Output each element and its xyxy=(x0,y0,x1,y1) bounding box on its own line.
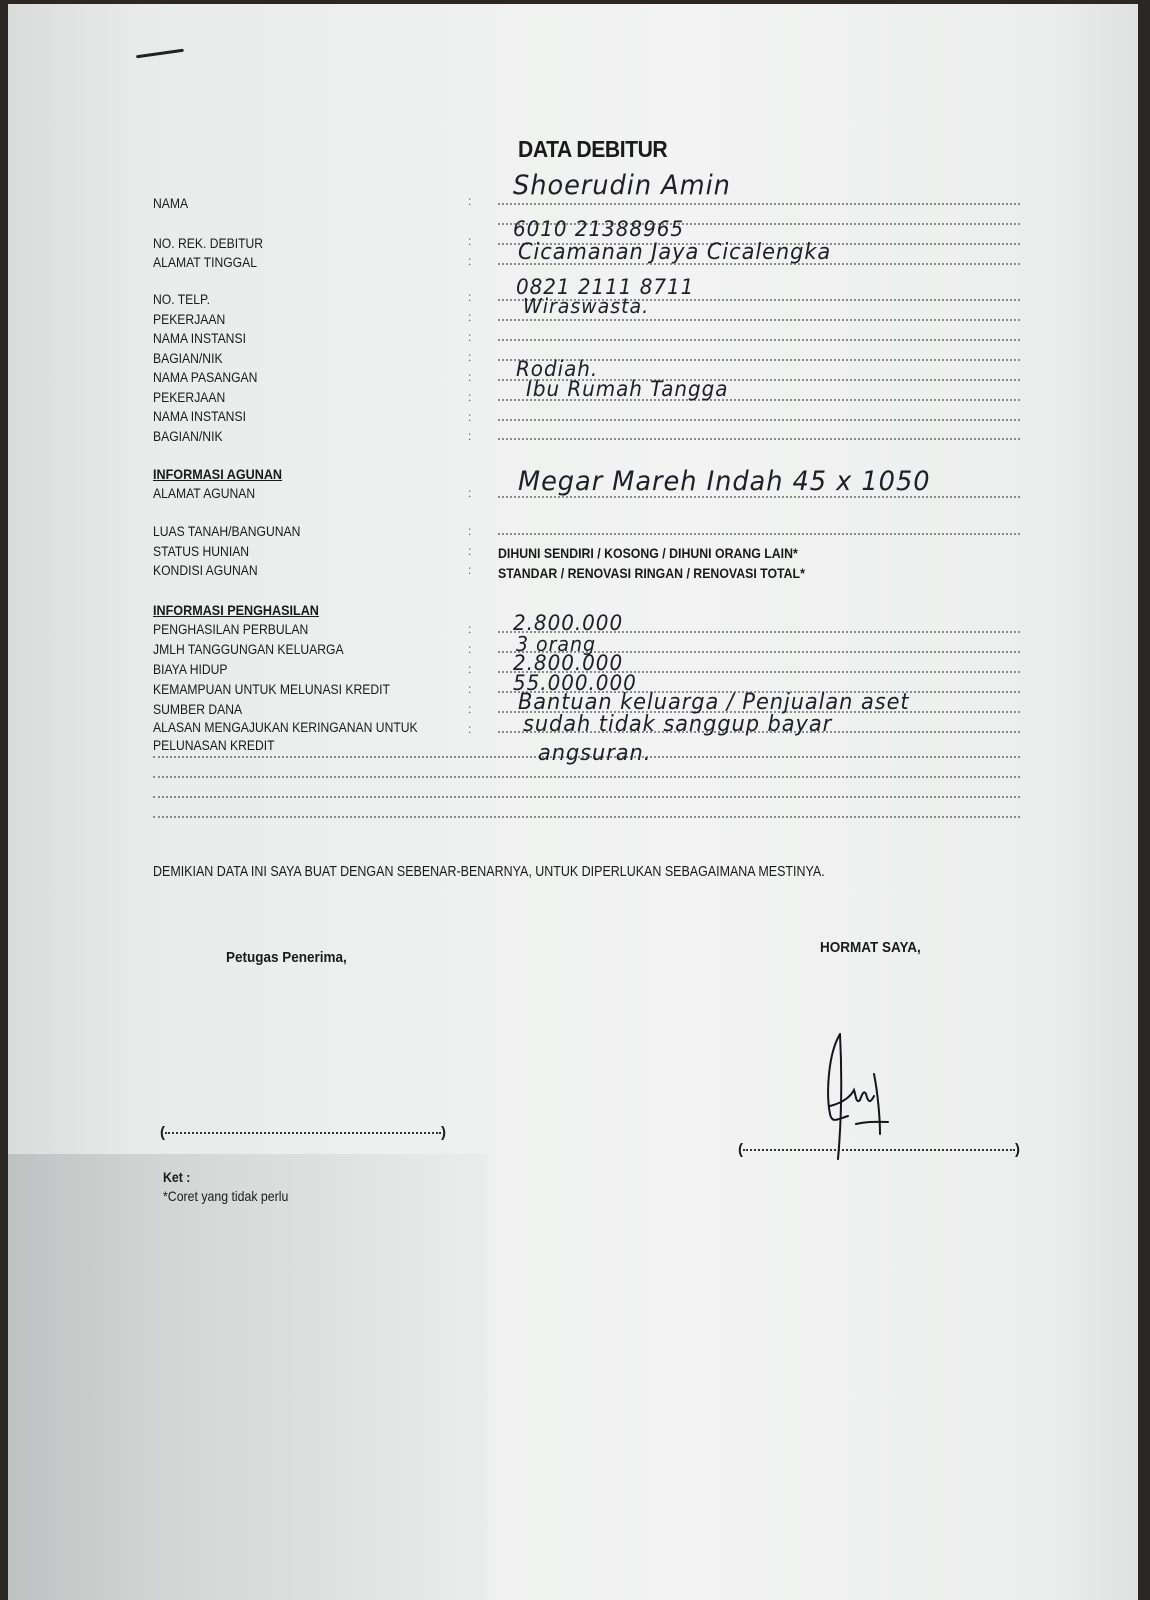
shadow xyxy=(8,1154,488,1600)
label-kemampuan: KEMAMPUAN UNTUK MELUNASI KREDIT xyxy=(153,682,390,697)
field-line xyxy=(498,203,1020,205)
value-pekerjaan: Wiraswasta. xyxy=(523,294,649,318)
field-line xyxy=(498,533,1020,535)
colon: : xyxy=(468,350,471,364)
officer-signature-line: () xyxy=(160,1124,446,1141)
label-alamat-agunan: ALAMAT AGUNAN xyxy=(153,486,255,501)
label-nama-pasangan: NAMA PASANGAN xyxy=(153,370,257,385)
label-pelunasan: PELUNASAN KREDIT xyxy=(153,738,275,753)
value-alasan: sudah tidak sanggup bayar xyxy=(523,712,832,737)
label-alasan: ALASAN MENGAJUKAN KERINGANAN UNTUK xyxy=(153,720,418,735)
label-tanggungan: JMLH TANGGUNGAN KELUARGA xyxy=(153,642,344,657)
colon: : xyxy=(468,410,471,424)
label-biaya-hidup: BIAYA HIDUP xyxy=(153,662,228,677)
label-nama: NAMA xyxy=(153,196,188,211)
value-no-rek: 6010 21388965 xyxy=(513,217,684,241)
label-status-hunian: STATUS HUNIAN xyxy=(153,544,249,559)
section-heading-agunan: INFORMASI AGUNAN xyxy=(153,466,282,482)
section-heading-penghasilan: INFORMASI PENGHASILAN xyxy=(153,602,319,618)
colon: : xyxy=(468,370,471,384)
label-instansi-pasangan: NAMA INSTANSI xyxy=(153,409,246,424)
field-line xyxy=(498,339,1020,341)
field-line xyxy=(498,319,1020,321)
field-line xyxy=(498,419,1020,421)
field-line xyxy=(498,438,1020,440)
label-alamat: ALAMAT TINGGAL xyxy=(153,255,257,270)
colon: : xyxy=(468,330,471,344)
colon: : xyxy=(468,563,471,577)
document-title: DATA DEBITUR xyxy=(518,136,667,163)
label-pekerjaan-pasangan: PEKERJAAN xyxy=(153,390,225,405)
label-nama-instansi: NAMA INSTANSI xyxy=(153,331,246,346)
officer-label: Petugas Penerima, xyxy=(226,949,347,966)
label-bagian-pasangan: BAGIAN/NIK xyxy=(153,429,223,444)
label-bagian-nik: BAGIAN/NIK xyxy=(153,351,223,366)
colon: : xyxy=(468,290,471,304)
notes-heading: Ket : xyxy=(163,1169,190,1185)
colon: : xyxy=(468,194,471,208)
value-alamat-agunan: Megar Mareh Indah 45 x 1050 xyxy=(518,466,930,497)
label-pekerjaan: PEKERJAAN xyxy=(153,312,225,327)
colon: : xyxy=(468,682,471,696)
handwritten-signature xyxy=(808,1024,928,1164)
colon: : xyxy=(468,544,471,558)
value-alasan-cont: angsuran. xyxy=(538,741,651,766)
colon: : xyxy=(468,702,471,716)
colon: : xyxy=(468,622,471,636)
notes-text: *Coret yang tidak perlu xyxy=(163,1188,288,1204)
colon: : xyxy=(468,390,471,404)
debtor-label: HORMAT SAYA, xyxy=(820,939,921,956)
colon: : xyxy=(468,722,471,736)
colon: : xyxy=(468,524,471,538)
colon: : xyxy=(468,254,471,268)
colon: : xyxy=(468,486,471,500)
field-line xyxy=(153,776,1020,778)
field-line xyxy=(153,796,1020,798)
kondisi-agunan-options: STANDAR / RENOVASI RINGAN / RENOVASI TOT… xyxy=(498,565,805,581)
label-kondisi-agunan: KONDISI AGUNAN xyxy=(153,563,258,578)
pen-mark xyxy=(136,49,184,59)
label-luas: LUAS TANAH/BANGUNAN xyxy=(153,524,300,539)
label-penghasilan: PENGHASILAN PERBULAN xyxy=(153,622,308,637)
label-sumber-dana: SUMBER DANA xyxy=(153,702,242,717)
colon: : xyxy=(468,642,471,656)
field-line xyxy=(153,816,1020,818)
document-page: DATA DEBITUR NAMA NO. REK. DEBITUR ALAMA… xyxy=(8,4,1138,1600)
value-alamat: Cicamanan Jaya Cicalengka xyxy=(518,240,831,265)
colon: : xyxy=(468,310,471,324)
label-no-rek: NO. REK. DEBITUR xyxy=(153,236,263,251)
colon: : xyxy=(468,429,471,443)
value-nama: Shoerudin Amin xyxy=(513,170,731,201)
label-telp: NO. TELP. xyxy=(153,292,210,307)
declaration-statement: DEMIKIAN DATA INI SAYA BUAT DENGAN SEBEN… xyxy=(153,864,825,880)
status-hunian-options: DIHUNI SENDIRI / KOSONG / DIHUNI ORANG L… xyxy=(498,545,798,561)
colon: : xyxy=(468,662,471,676)
value-pekerjaan-pasangan: Ibu Rumah Tangga xyxy=(526,377,728,401)
colon: : xyxy=(468,234,471,248)
